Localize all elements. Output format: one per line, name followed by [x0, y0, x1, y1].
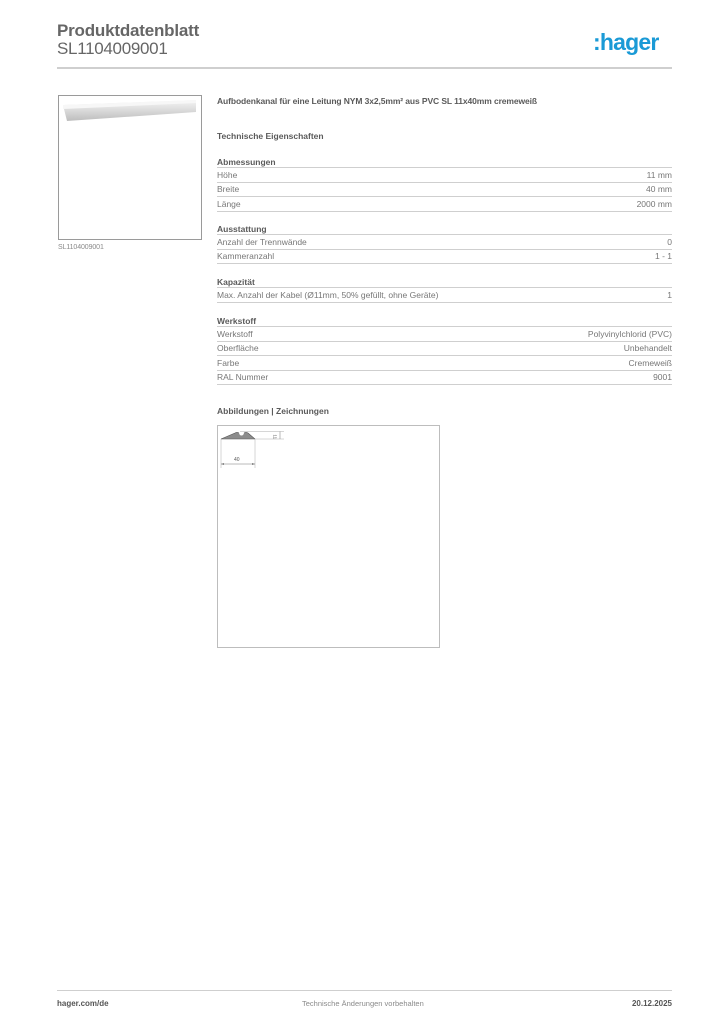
- svg-text:40: 40: [234, 457, 240, 463]
- cross-section-drawing-icon: 11 40: [218, 426, 441, 649]
- spec-value: 40 mm: [646, 184, 672, 194]
- cable-duct-image: [59, 96, 203, 241]
- spec-row-material: Werkstoff Polyvinylchlorid (PVC): [217, 327, 672, 342]
- section-dimensions: Abmessungen Höhe 11 mm Breite 40 mm Läng…: [217, 156, 672, 212]
- footer-divider: [57, 990, 672, 991]
- spec-label: Länge: [217, 199, 241, 209]
- spec-value: Cremeweiß: [629, 358, 672, 368]
- product-image-caption: SL1104009001: [58, 244, 104, 251]
- section-title: Ausstattung: [217, 223, 672, 235]
- spec-label: Breite: [217, 184, 239, 194]
- section-capacity: Kapazität Max. Anzahl der Kabel (Ø11mm, …: [217, 276, 672, 303]
- section-title: Kapazität: [217, 276, 672, 288]
- technical-properties-heading: Technische Eigenschaften: [217, 131, 324, 141]
- spec-label: Werkstoff: [217, 329, 253, 339]
- spec-label: Oberfläche: [217, 343, 259, 353]
- spec-label: Anzahl der Trennwände: [217, 237, 307, 247]
- footer-disclaimer: Technische Änderungen vorbehalten: [302, 999, 424, 1008]
- spec-label: Kammeranzahl: [217, 251, 274, 261]
- drawings-heading: Abbildungen | Zeichnungen: [217, 406, 329, 416]
- section-title: Abmessungen: [217, 156, 672, 168]
- svg-text:11: 11: [273, 435, 278, 440]
- product-description: Aufbodenkanal für eine Leitung NYM 3x2,5…: [217, 96, 537, 106]
- spec-value: 11 mm: [647, 170, 672, 180]
- section-equipment: Ausstattung Anzahl der Trennwände 0 Kamm…: [217, 223, 672, 264]
- spec-label: Höhe: [217, 170, 237, 180]
- spec-label: Farbe: [217, 358, 239, 368]
- spec-value: 1: [667, 290, 672, 300]
- spec-value: 1 - 1: [655, 251, 672, 261]
- spec-value: 2000 mm: [637, 199, 672, 209]
- hager-logo: :hager: [593, 28, 659, 56]
- spec-row-surface: Oberfläche Unbehandelt: [217, 342, 672, 357]
- header-divider: [57, 67, 672, 69]
- footer-date: 20.12.2025: [632, 999, 672, 1008]
- footer-website-link[interactable]: hager.com/de: [57, 999, 109, 1008]
- spec-value: 9001: [653, 372, 672, 382]
- spec-label: RAL Nummer: [217, 372, 268, 382]
- page-title: Produktdatenblatt: [57, 21, 199, 41]
- spec-row-max-cables: Max. Anzahl der Kabel (Ø11mm, 50% gefüll…: [217, 288, 672, 303]
- technical-drawing: 11 40: [217, 425, 440, 648]
- spec-value: Unbehandelt: [624, 343, 672, 353]
- spec-row-chambers: Kammeranzahl 1 - 1: [217, 250, 672, 265]
- spec-row-color: Farbe Cremeweiß: [217, 356, 672, 371]
- section-material: Werkstoff Werkstoff Polyvinylchlorid (PV…: [217, 315, 672, 385]
- spec-row-height: Höhe 11 mm: [217, 168, 672, 183]
- article-number: SL1104009001: [57, 39, 167, 59]
- spec-value: 0: [667, 237, 672, 247]
- section-title: Werkstoff: [217, 315, 672, 327]
- product-image: [58, 95, 202, 240]
- spec-row-length: Länge 2000 mm: [217, 197, 672, 212]
- spec-row-ral: RAL Nummer 9001: [217, 371, 672, 386]
- spec-value: Polyvinylchlorid (PVC): [588, 329, 672, 339]
- spec-label: Max. Anzahl der Kabel (Ø11mm, 50% gefüll…: [217, 290, 438, 300]
- spec-row-width: Breite 40 mm: [217, 183, 672, 198]
- spec-row-dividers: Anzahl der Trennwände 0: [217, 235, 672, 250]
